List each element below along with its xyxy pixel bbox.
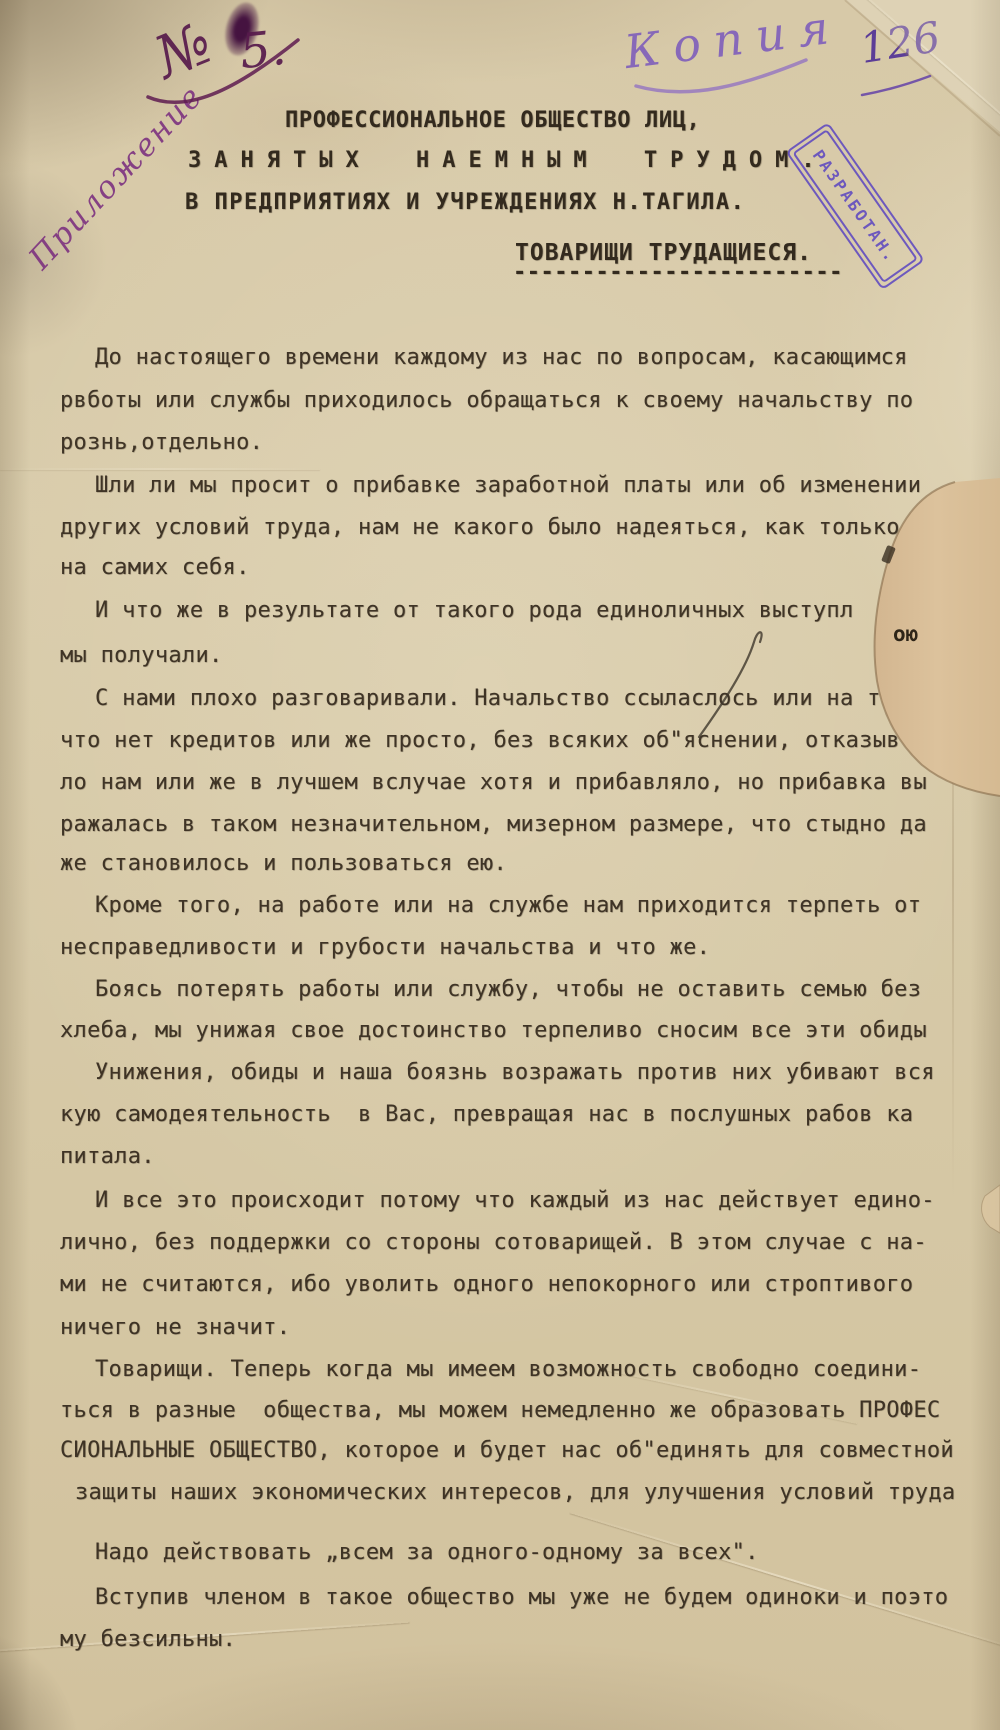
title-line-3: В ПРЕДПРИЯТИЯХ И УЧРЕЖДЕНИЯХ Н.ТАГИЛА. bbox=[185, 190, 745, 215]
fold-crease bbox=[952, 560, 954, 1200]
body-line: Унижения, обиды и наша боязнь возражать … bbox=[95, 1060, 935, 1085]
body-line: ничего не значит. bbox=[60, 1315, 290, 1340]
page-number-underline bbox=[862, 76, 930, 95]
body-line: С нами плохо разговаривали. Начальство с… bbox=[95, 686, 881, 711]
body-line: Кроме того, на работе или на службе нам … bbox=[95, 893, 921, 918]
body-line: ражалась в таком незначительном, мизерно… bbox=[60, 812, 927, 837]
torn-nick bbox=[982, 1185, 1000, 1233]
fold-crease bbox=[570, 1511, 1000, 1650]
title-line-2: ЗАНЯТЫХ НАЕМНЫМ ТРУДОМ. bbox=[188, 148, 828, 173]
body-line: му безсильны. bbox=[60, 1627, 236, 1652]
body-line: Вступив членом в такое общество мы уже н… bbox=[95, 1585, 948, 1610]
body-line: До настоящего времени каждому из нас по … bbox=[95, 345, 908, 370]
body-line: хлеба, мы унижая свое достоинство терпел… bbox=[60, 1018, 927, 1043]
body-line: питала. bbox=[60, 1144, 155, 1169]
handwritten-page-number: 126 bbox=[857, 12, 944, 73]
body-line: ми не считаются, ибо уволить одного непо… bbox=[60, 1272, 913, 1297]
handwritten-copy-label: Копия bbox=[622, 0, 845, 79]
body-line: мы получали. bbox=[60, 643, 223, 668]
salutation-underline: ------------------------ bbox=[513, 260, 843, 285]
title-line-1: ПРОФЕССИОНАЛЬНОЕ ОБЩЕСТВО ЛИЦ, bbox=[285, 108, 700, 133]
body-line: СИОНАЛЬНЫЕ ОБЩЕСТВО, которое и будет нас… bbox=[60, 1438, 954, 1463]
body-line: И все это происходит потому что каждый и… bbox=[95, 1188, 935, 1213]
fold-crease bbox=[0, 468, 320, 470]
stamp-text: РАЗРАБОТАН. bbox=[809, 146, 901, 266]
body-line: кую самодеятельность в Вас, превращая на… bbox=[60, 1102, 913, 1127]
body-line: несправедливости и грубости начальства и… bbox=[60, 935, 710, 960]
body-line: Шли ли мы просит о прибавке заработной п… bbox=[95, 473, 921, 498]
body-line: Товарищи. Теперь когда мы имеем возможно… bbox=[95, 1357, 921, 1382]
body-line: лично, без поддержки со стороны сотовари… bbox=[60, 1230, 927, 1255]
body-line: ться в разные общества, мы можем немедле… bbox=[60, 1398, 940, 1423]
body-line: И что же в результате от такого рода еди… bbox=[95, 598, 854, 623]
body-line: на самих себя. bbox=[60, 555, 250, 580]
ink-smudge bbox=[881, 545, 896, 564]
body-line: что нет кредитов или же просто, без всяк… bbox=[60, 728, 900, 753]
body-line: ло нам или же в лучшем вслучае хотя и пр… bbox=[60, 770, 927, 795]
body-line: других условий труда, нам не какого было… bbox=[60, 515, 900, 540]
body-line: Боясь потерять работы или службу, чтобы … bbox=[95, 977, 921, 1002]
body-line: же становилось и пользоваться ею. bbox=[60, 851, 507, 876]
document-page: Приложение № 5. Копия 126 РАЗРАБОТАН. ПР… bbox=[0, 0, 1000, 1730]
handwritten-margin-note: Приложение bbox=[22, 78, 210, 276]
handwritten-number-sign: № bbox=[145, 8, 221, 92]
body-line: защиты наших экономических интересов, дл… bbox=[75, 1480, 955, 1505]
torn-text-fragment: ою bbox=[893, 622, 918, 646]
body-line: Надо действовать „всем за одного-одному … bbox=[95, 1540, 759, 1565]
handwritten-number-digit: 5. bbox=[237, 20, 288, 80]
body-line: рвботы или службы приходилось обращаться… bbox=[60, 388, 913, 413]
body-line: рознь,отдельно. bbox=[60, 430, 263, 455]
pen-stroke bbox=[699, 632, 762, 737]
